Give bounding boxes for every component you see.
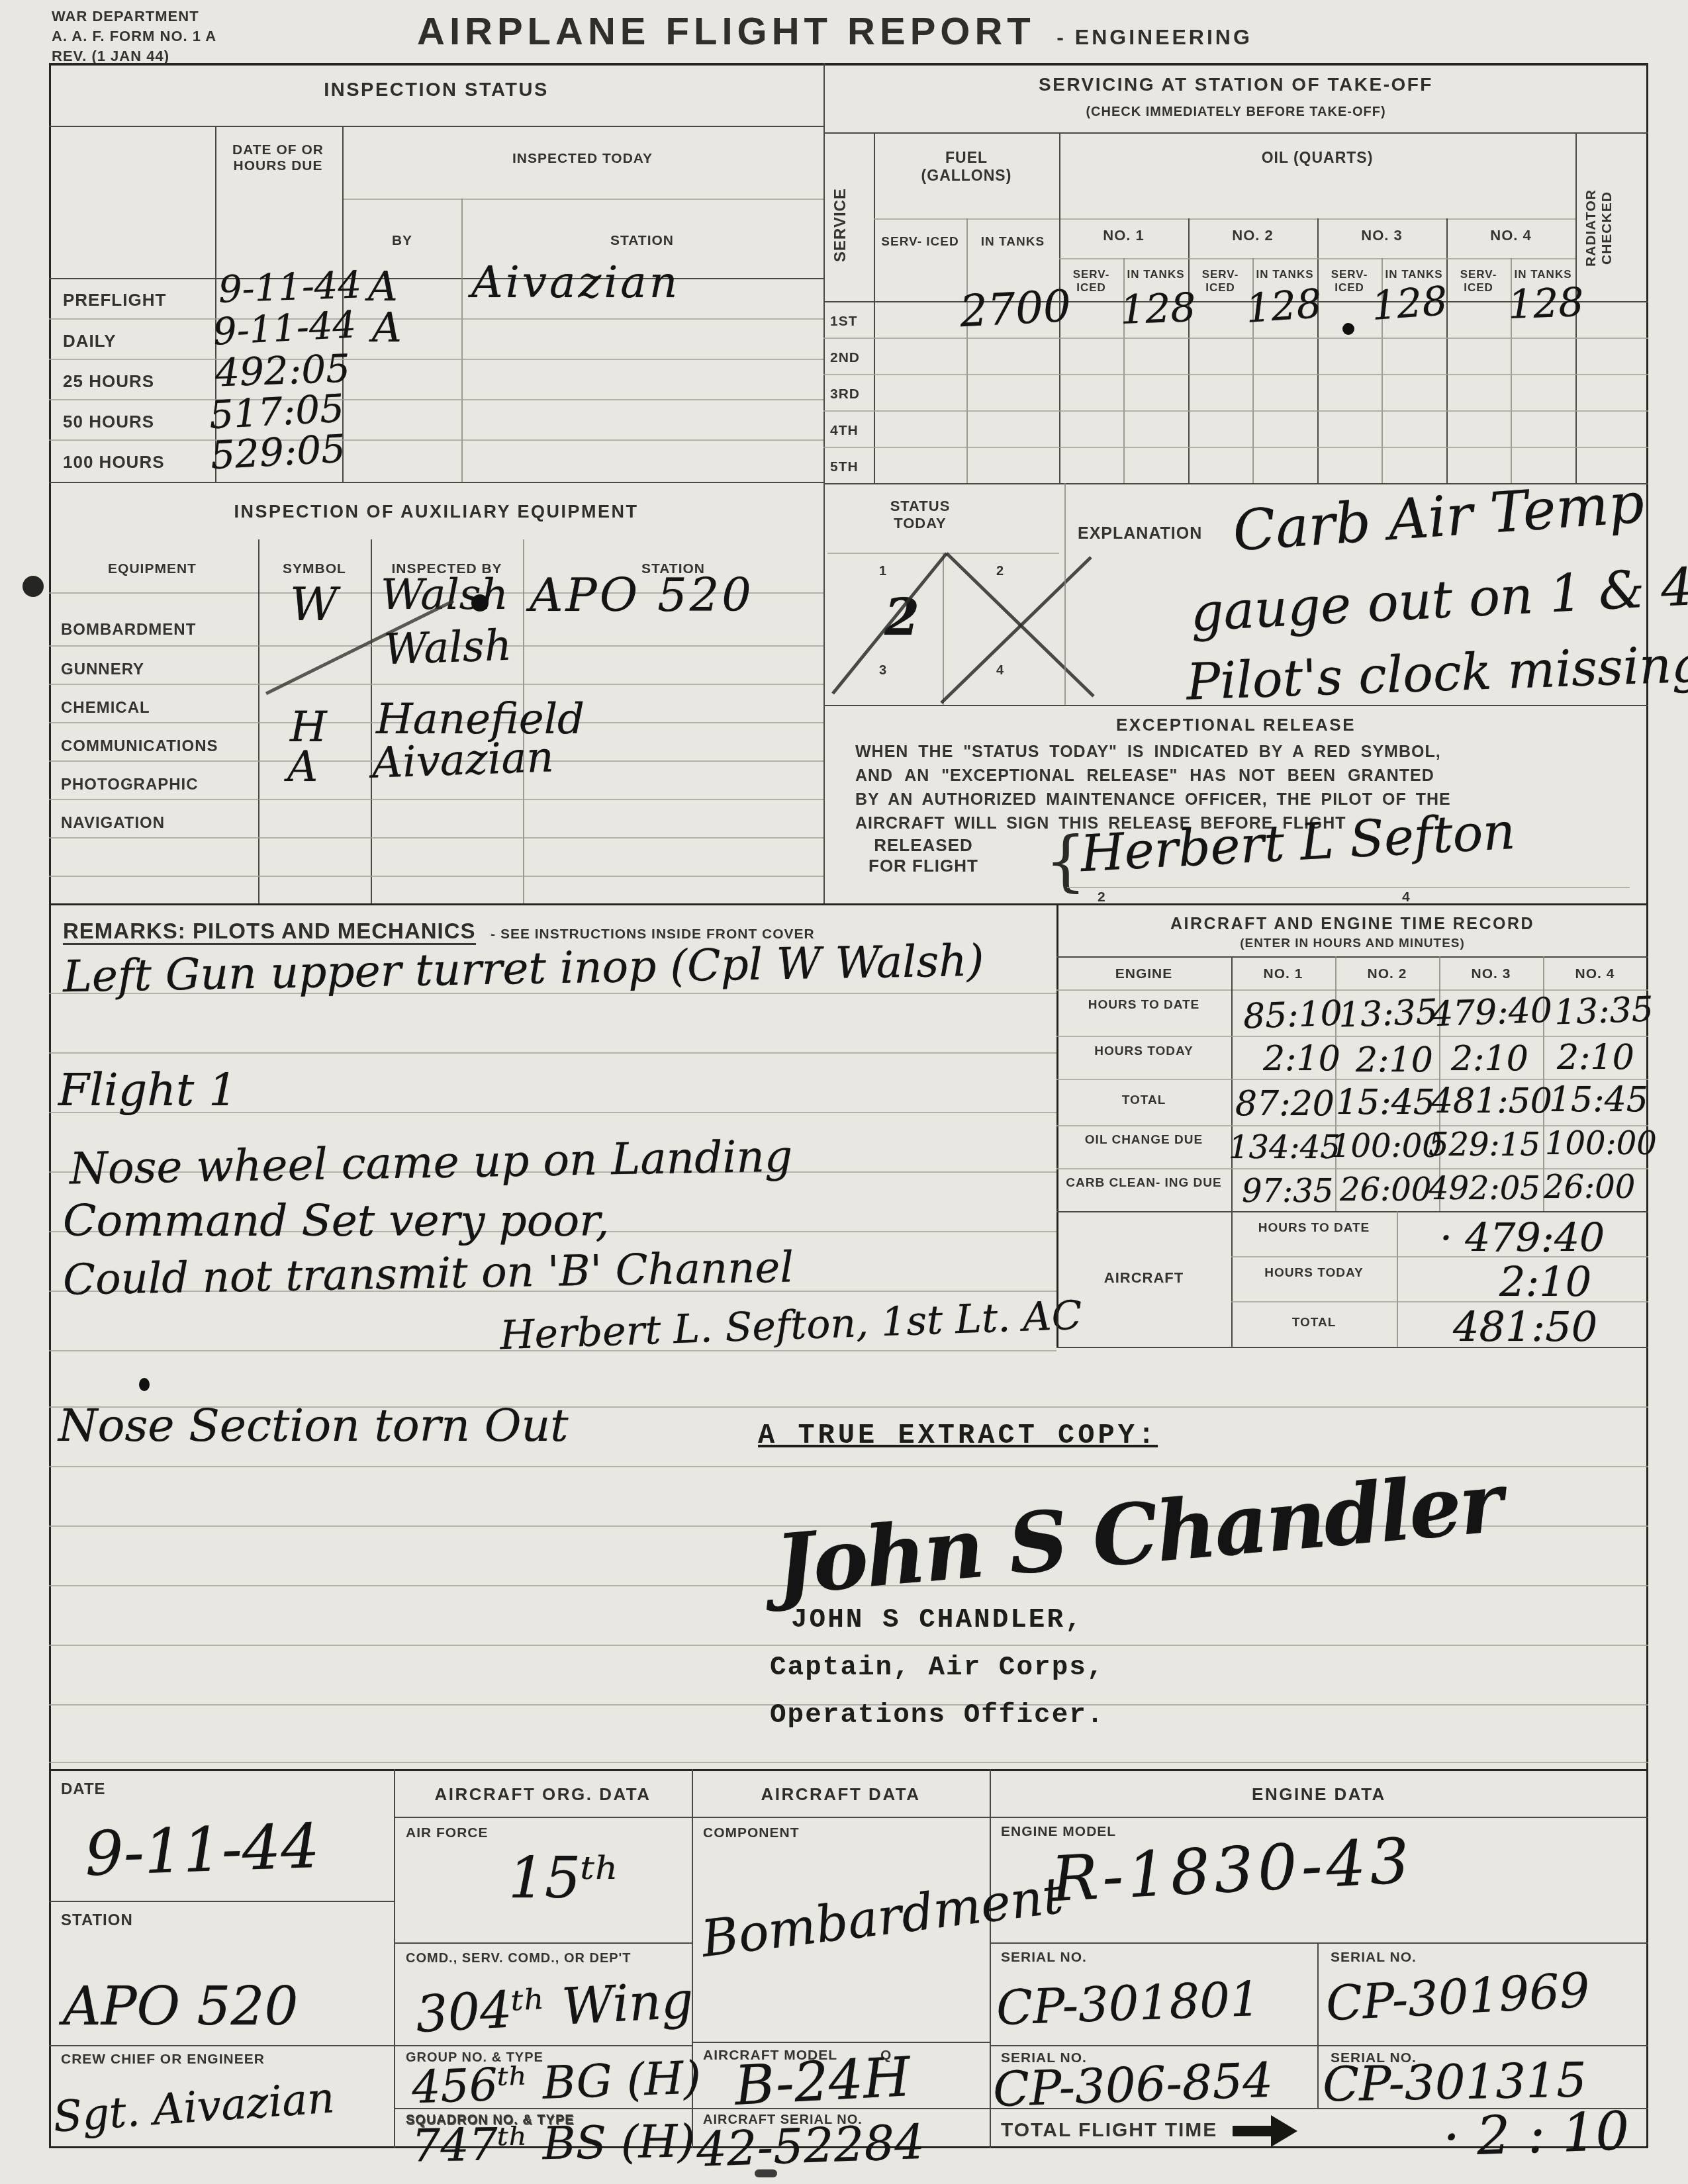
line: [49, 318, 823, 320]
hw-htd-1: 85:10: [1243, 993, 1343, 1036]
line: [990, 1942, 1648, 1944]
extract-signature: John S Chandler: [772, 1454, 1505, 1614]
oil-no3-header: NO. 3: [1317, 227, 1446, 244]
released-for-flight-label: RELEASED FOR FLIGHT: [854, 835, 993, 876]
line: [49, 799, 823, 800]
hw-oil3: 128: [1370, 278, 1449, 330]
tr-row-htd-label: HOURS TO DATE: [1059, 998, 1229, 1013]
remarks-title: REMARKS: PILOTS AND MECHANICS: [63, 919, 476, 945]
line: [1064, 483, 1066, 705]
fuel-intanks-label: IN TANKS: [970, 235, 1056, 250]
hw-station: APO 520: [63, 1976, 298, 2037]
aux-row-chemical: CHEMICAL: [61, 699, 150, 717]
oil-no4-header: NO. 4: [1446, 227, 1575, 244]
row-label-preflight: PREFLIGHT: [63, 290, 166, 310]
line: [49, 1762, 1648, 1763]
ink-dot: [1342, 323, 1354, 335]
no2-serviced-label: SERV- ICED: [1190, 268, 1251, 295]
hole-punch: [23, 576, 44, 597]
engine-serial2-label: SERIAL NO.: [1331, 1950, 1417, 1966]
line: [823, 132, 1648, 134]
line: [49, 876, 823, 877]
line: [966, 218, 968, 483]
hw-oil4: 128: [1507, 279, 1585, 328]
tr-row-carb-label: CARB CLEAN- ING DUE: [1059, 1176, 1229, 1191]
page-title: AIRPLANE FLIGHT REPORT - ENGINEERING: [417, 9, 1252, 54]
hw-oilchg-2: 100:00: [1331, 1128, 1442, 1165]
hw-remark-2: Flight 1: [58, 1064, 237, 1116]
frame-top: [49, 63, 1648, 66]
line: [49, 359, 823, 360]
servicing-subtitle: (CHECK IMMEDIATELY BEFORE TAKE-OFF): [823, 105, 1648, 120]
comd-label: COMD., SERV. COMD., OR DEP'T: [406, 1951, 632, 1966]
line: [342, 199, 823, 200]
hw-oilchg-4: 100:00: [1545, 1125, 1657, 1162]
tr-col-no3: NO. 3: [1439, 966, 1543, 982]
hw-group: 456ᵗʰ BG (H): [411, 2052, 702, 2114]
hw-oilchg-3: 529:15: [1429, 1126, 1540, 1163]
release-body-2: AND AN "EXCEPTIONAL RELEASE" HAS NOT BEE…: [855, 766, 1434, 786]
hw-remark-6: Nose Section torn Out: [58, 1400, 569, 1452]
col-by-header: BY: [344, 233, 460, 249]
line: [49, 482, 823, 483]
hw-engine-serial2: CP-301969: [1325, 1962, 1591, 2032]
radiator-col-label: RADIATOR CHECKED: [1583, 156, 1642, 301]
explanation-label: EXPLANATION: [1078, 524, 1202, 543]
hw-squadron: 747ᵗʰ BS (H): [411, 2115, 695, 2172]
dept-line1: WAR DEPARTMENT: [52, 8, 199, 25]
line: [823, 338, 1648, 339]
line: [49, 1769, 1648, 1771]
tr-row-oil-label: OIL CHANGE DUE: [1059, 1133, 1229, 1148]
tr-col-no4: NO. 4: [1543, 966, 1647, 982]
line: [692, 2042, 990, 2043]
tr-ac-total-label: TOTAL: [1231, 1316, 1397, 1330]
service-row-3rd: 3RD: [830, 387, 860, 402]
line: [394, 1817, 692, 1818]
line: [692, 2108, 990, 2109]
col-inspected-header: INSPECTED TODAY: [344, 151, 821, 167]
line: [49, 126, 823, 127]
row-label-25h: 25 HOURS: [63, 371, 154, 392]
aux-row-navigation: NAVIGATION: [61, 814, 165, 833]
aux-row-gunnery: GUNNERY: [61, 660, 144, 679]
line: [49, 278, 823, 279]
hw-total-flight-time: · 2 : 10: [1442, 2100, 1630, 2168]
crew-chief-label: CREW CHIEF OR ENGINEER: [61, 2052, 265, 2068]
hw-ht-2: 2:10: [1356, 1040, 1433, 1080]
line: [49, 1645, 1648, 1646]
service-row-1st: 1ST: [830, 314, 858, 330]
line: [49, 1901, 394, 1902]
extract-rank: Captain, Air Corps,: [770, 1653, 1104, 1683]
hw-total-3: 481:50: [1431, 1081, 1552, 1121]
line: [49, 837, 823, 839]
hw-bombardment-station: APO 520: [530, 568, 754, 622]
col-station-header: STATION: [463, 233, 821, 249]
hw-ac-total: 481:50: [1453, 1302, 1597, 1351]
hw-remark-3: Nose wheel came up on Landing: [69, 1130, 792, 1194]
hw-engine-serial1: CP-301801: [996, 1971, 1261, 2036]
no4-serviced-label: SERV- ICED: [1448, 268, 1509, 295]
line: [1317, 1942, 1319, 2108]
org-header: AIRCRAFT ORG. DATA: [394, 1784, 692, 1805]
line: [394, 2045, 692, 2046]
time-record-subtitle: (ENTER IN HOURS AND MINUTES): [1056, 936, 1648, 951]
hw-htd-4: 13:35: [1554, 989, 1654, 1032]
inspection-status-title: INSPECTION STATUS: [49, 79, 823, 101]
line: [394, 1769, 395, 2148]
page-title-main: AIRPLANE FLIGHT REPORT: [417, 10, 1035, 53]
aux-row-photographic: PHOTOGRAPHIC: [61, 776, 199, 794]
hw-100h: 529:05: [209, 426, 346, 478]
line: [823, 447, 1648, 448]
station-label: STATION: [61, 1911, 133, 1930]
line: [874, 218, 1575, 220]
hw-gunnery-by: Walsh: [383, 621, 512, 675]
fuel-header: FUEL (GALLONS): [914, 149, 1019, 185]
hw-fuel-in-tanks: 2700: [959, 281, 1072, 338]
tr-ac-ht-label: HOURS TODAY: [1231, 1266, 1397, 1281]
hw-carb-4: 26:00: [1544, 1169, 1635, 1206]
aux-col-symbol: SYMBOL: [258, 561, 371, 577]
date-label: DATE: [61, 1780, 106, 1799]
line: [874, 132, 875, 483]
line: [49, 1052, 1056, 1054]
engine-model-label: ENGINE MODEL: [1001, 1824, 1116, 1840]
hw-ht-3: 2:10: [1451, 1039, 1528, 1079]
line: [1056, 989, 1648, 991]
oil-header: OIL (QUARTS): [1251, 149, 1383, 167]
total-flight-time-label: TOTAL FLIGHT TIME: [1001, 2119, 1217, 2142]
hw-ac-ht: 2:10: [1499, 1257, 1591, 1306]
line: [1067, 887, 1630, 888]
arrow-icon-head: [1271, 2115, 1297, 2147]
line: [823, 374, 1648, 375]
tr-ac-htd-label: HOURS TO DATE: [1231, 1221, 1397, 1236]
extract-role: Operations Officer.: [770, 1700, 1104, 1731]
release-body-3: BY AN AUTHORIZED MAINTENANCE OFFICER, TH…: [855, 790, 1451, 809]
hw-carb-1: 97:35: [1242, 1173, 1333, 1210]
aux-col-equipment: EQUIPMENT: [60, 561, 245, 577]
no2-intanks-label: IN TANKS: [1254, 268, 1316, 281]
hw-aircraft-model: B-24H: [733, 2046, 912, 2118]
line: [49, 399, 823, 400]
hw-oil1: 128: [1119, 285, 1197, 334]
time-record-title: AIRCRAFT AND ENGINE TIME RECORD: [1056, 915, 1648, 934]
extract-name: JOHN S CHANDLER,: [791, 1605, 1084, 1635]
air-force-label: AIR FORCE: [406, 1825, 489, 1841]
ink-smudge: [755, 2169, 777, 2177]
hw-air-force: 15ᵗʰ: [508, 1845, 620, 1911]
hw-comd: 304ᵗʰ Wing: [414, 1970, 695, 2044]
hw-preflight-station: Aivazian: [471, 257, 680, 308]
tr-col-no2: NO. 2: [1335, 966, 1439, 982]
line: [49, 439, 823, 441]
hw-remark-1: Left Gun upper turret inop (Cpl W Walsh): [62, 935, 984, 1002]
no1-intanks-label: IN TANKS: [1125, 268, 1187, 281]
hw-carb-3: 492:05: [1429, 1170, 1540, 1207]
ink-blob: [471, 594, 489, 612]
exceptional-release-title: EXCEPTIONAL RELEASE: [823, 715, 1648, 735]
hw-total-2: 15:45: [1336, 1083, 1435, 1122]
oil-no2-header: NO. 2: [1188, 227, 1317, 244]
aux-row-bombardment: BOMBARDMENT: [61, 621, 196, 639]
hw-htd-3: 479:40: [1430, 991, 1553, 1034]
line: [49, 903, 1648, 905]
tr-row-total-label: TOTAL: [1059, 1093, 1229, 1108]
hw-remark-5: Could not transmit on 'B' Channel: [62, 1243, 794, 1304]
line: [1397, 1211, 1398, 1347]
servicing-title: SERVICING AT STATION OF TAKE-OFF: [823, 74, 1648, 95]
hw-ht-4: 2:10: [1557, 1038, 1634, 1077]
line: [49, 2045, 394, 2046]
hw-oil2: 128: [1244, 281, 1323, 332]
hw-htd-2: 13:35: [1338, 992, 1438, 1035]
hw-crew-chief: Sgt. Aivazian: [52, 2073, 336, 2142]
line: [692, 1817, 990, 1818]
tr-col-no1: NO. 1: [1231, 966, 1335, 982]
hw-remark-4: Command Set very poor,: [63, 1195, 609, 1246]
service-col-label: SERVICE: [831, 159, 868, 291]
col-date-header: DATE OF OR HOURS DUE: [225, 142, 331, 174]
service-row-5th: 5TH: [830, 459, 859, 475]
line: [394, 1942, 692, 1944]
line: [990, 1769, 991, 2148]
hw-ac-htd: · 479:40: [1440, 1215, 1605, 1261]
line: [1056, 1211, 1648, 1212]
line: [823, 705, 1648, 706]
row-label-50h: 50 HOURS: [63, 412, 154, 432]
hw-explanation-3: Pilot's clock missing: [1186, 634, 1688, 711]
aux-row-communications: COMMUNICATIONS: [61, 737, 218, 756]
line: [990, 1817, 1648, 1818]
release-body-1: WHEN THE "STATUS TODAY" IS INDICATED BY …: [855, 743, 1441, 762]
line: [1056, 956, 1648, 958]
line: [1056, 1036, 1648, 1037]
hw-ht-1: 2:10: [1263, 1039, 1340, 1079]
line: [1059, 258, 1575, 259]
arrow-icon: [1233, 2126, 1272, 2136]
line: [823, 410, 1648, 412]
hw-photographic-symbol: A: [287, 743, 318, 792]
aux-title: INSPECTION OF AUXILIARY EQUIPMENT: [49, 502, 823, 522]
service-row-2nd: 2ND: [830, 350, 860, 366]
oil-no1-header: NO. 1: [1059, 227, 1188, 244]
hw-oilchg-1: 134:45: [1229, 1129, 1340, 1166]
aircraft-data-header: AIRCRAFT DATA: [692, 1784, 990, 1805]
line: [990, 2045, 1648, 2046]
engine-serial1-label: SERIAL NO.: [1001, 1950, 1087, 1966]
line: [1056, 1347, 1648, 1348]
hw-date: 9-11-44: [83, 1811, 320, 1889]
hw-total-4: 15:45: [1549, 1080, 1648, 1120]
tr-col-engine: ENGINE: [1059, 966, 1229, 982]
hw-photographic-by: Aivazian: [371, 733, 555, 788]
tr-row-ht-label: HOURS TODAY: [1059, 1044, 1229, 1059]
tr-aircraft-label: AIRCRAFT: [1059, 1269, 1229, 1287]
hw-explanation-2: gauge out on 1 & 4: [1189, 557, 1688, 643]
page-title-suffix: - ENGINEERING: [1056, 25, 1252, 49]
hw-total-1: 87:20: [1235, 1084, 1335, 1124]
fuel-serviced-label: SERV- ICED: [877, 235, 963, 250]
row-label-daily: DAILY: [63, 331, 117, 351]
component-label: COMPONENT: [703, 1825, 800, 1841]
dept-line2: A. A. F. FORM NO. 1 A: [52, 28, 216, 45]
status-x-mark: [823, 483, 1234, 708]
hw-remarks-signature: Herbert L. Sefton, 1st Lt. AC: [499, 1293, 1083, 1359]
flight-report-form: WAR DEPARTMENT A. A. F. FORM NO. 1 A REV…: [0, 0, 1688, 2184]
frame-left: [49, 63, 51, 2148]
engine-data-header: ENGINE DATA: [990, 1784, 1648, 1805]
hw-carb-2: 26:00: [1340, 1171, 1431, 1208]
extract-heading: A TRUE EXTRACT COPY:: [758, 1420, 1158, 1451]
row-label-100h: 100 HOURS: [63, 452, 165, 473]
line: [394, 2108, 692, 2109]
ink-dot: [139, 1378, 150, 1391]
hw-daily-by: A: [372, 303, 402, 351]
service-row-4th: 4TH: [830, 423, 859, 439]
hw-aircraft-serial: 42-52284: [696, 2114, 926, 2177]
